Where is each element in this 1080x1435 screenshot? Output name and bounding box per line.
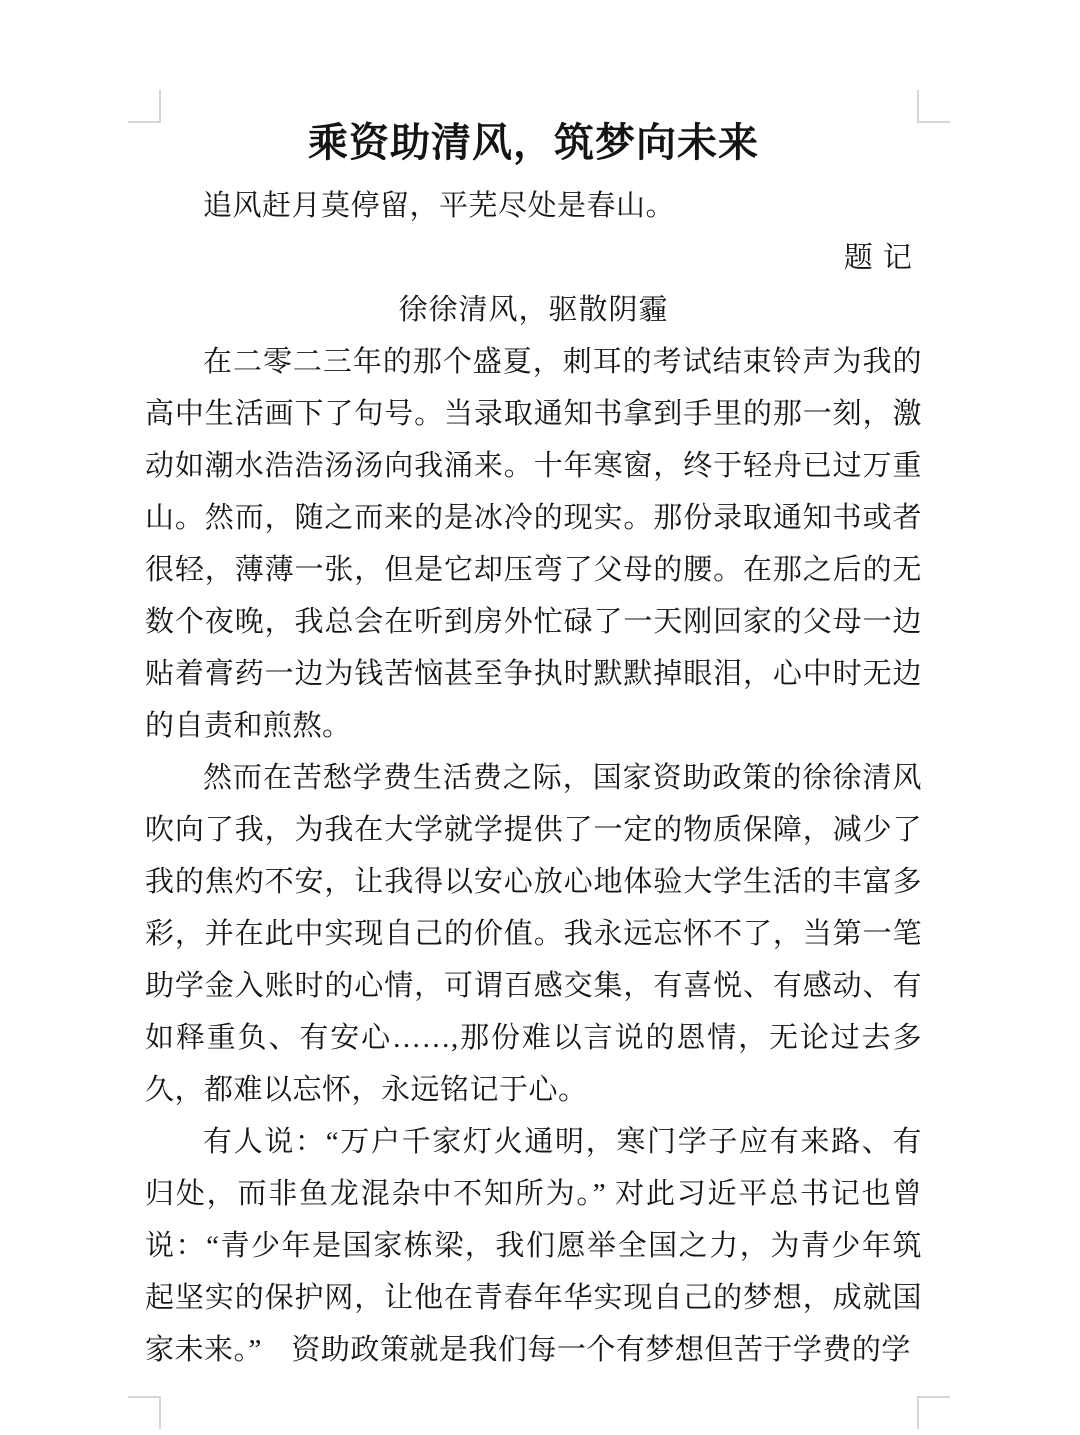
crop-mark-bottom-left	[128, 1396, 161, 1429]
document-page: 乘资助清风，筑梦向未来 追风赶月莫停留，平芜尽处是春山。 题记 徐徐清风，驱散阴…	[0, 0, 1080, 1435]
paragraph-3: 有人说：“万户千家灯火通明，寒门学子应有来路、有归处，而非鱼龙混杂中不知所为。”…	[145, 1116, 922, 1376]
section-heading: 徐徐清风，驱散阴霾	[145, 284, 922, 336]
paragraph-1: 在二零二三年的那个盛夏，刺耳的考试结束铃声为我的高中生活画下了句号。当录取通知书…	[145, 336, 922, 752]
crop-mark-bottom-right	[917, 1396, 950, 1429]
paragraph-2: 然而在苦愁学费生活费之际，国家资助政策的徐徐清风吹向了我，为我在大学就学提供了一…	[145, 752, 922, 1116]
epigraph-line: 追风赶月莫停留，平芜尽处是春山。	[145, 180, 922, 232]
document-title: 乘资助清风，筑梦向未来	[145, 114, 922, 172]
text-body: 乘资助清风，筑梦向未来 追风赶月莫停留，平芜尽处是春山。 题记 徐徐清风，驱散阴…	[145, 114, 922, 1376]
epigraph-label: 题记	[145, 232, 922, 284]
